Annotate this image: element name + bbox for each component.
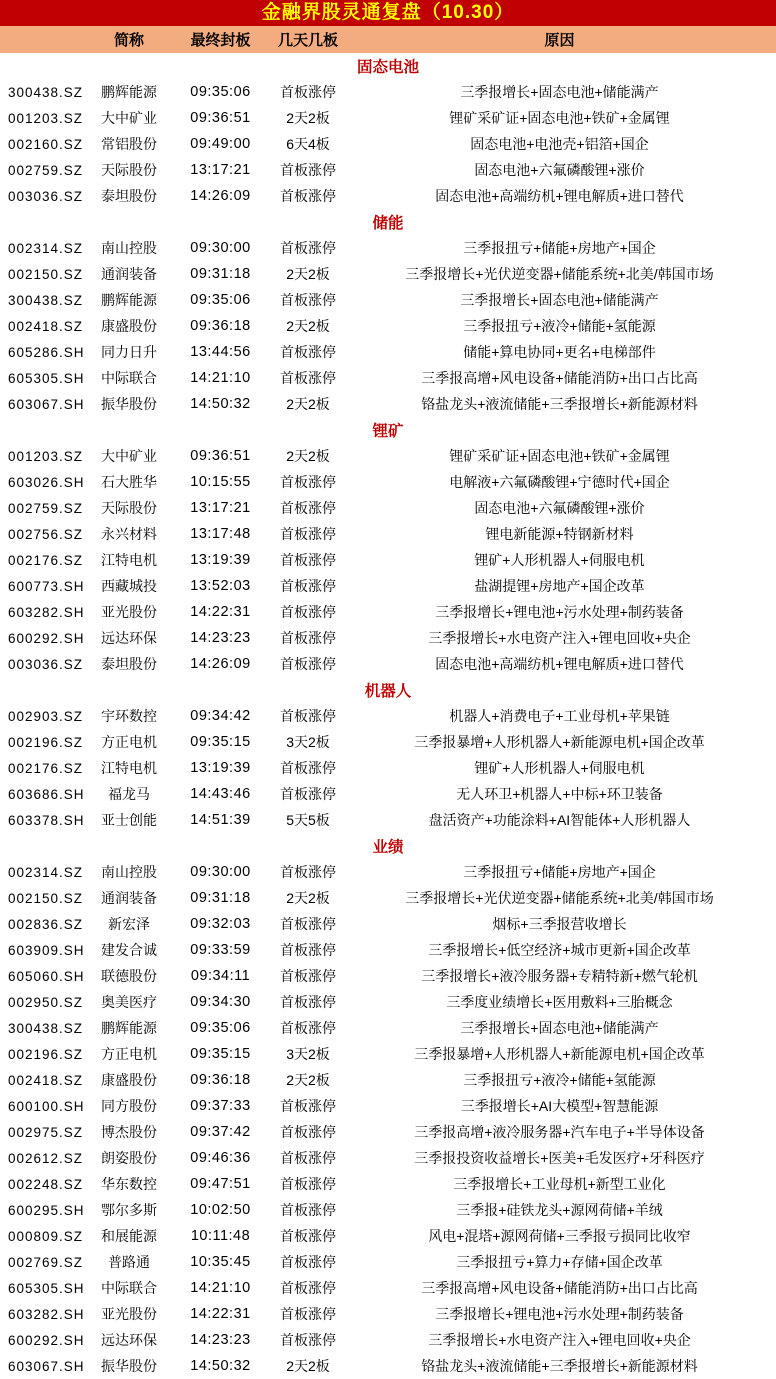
stock-name: 同方股份: [90, 1096, 168, 1116]
stock-name: 振华股份: [90, 1356, 168, 1376]
final-seal-time: 09:31:18: [168, 266, 273, 282]
table-row: 003036.SZ 泰坦股份 14:26:09 首板涨停 固态电池+高端纺机+锂…: [0, 183, 776, 209]
limit-up-reason: 三季报扭亏+储能+房地产+国企: [343, 862, 776, 882]
board-streak: 首板涨停: [273, 1122, 343, 1142]
board-streak: 2天2板: [273, 1356, 343, 1376]
stock-name: 方正电机: [90, 1044, 168, 1064]
stock-code: 002612.SZ: [0, 1151, 90, 1166]
stock-code: 600295.SH: [0, 1203, 90, 1218]
table-row: 002196.SZ 方正电机 09:35:15 3天2板 三季报暴增+人形机器人…: [0, 1041, 776, 1067]
limit-up-reason: 锂矿采矿证+固态电池+铁矿+金属锂: [343, 446, 776, 466]
stock-code: 003036.SZ: [0, 189, 90, 204]
table-row: 600100.SH 同方股份 09:37:33 首板涨停 三季报增长+AI大模型…: [0, 1093, 776, 1119]
final-seal-time: 09:30:00: [168, 240, 273, 256]
stock-name: 鹏辉能源: [90, 1018, 168, 1038]
stock-name: 联德股份: [90, 966, 168, 986]
board-streak: 首板涨停: [273, 1278, 343, 1298]
section-title: 固态电池: [0, 53, 776, 79]
stock-code: 603909.SH: [0, 943, 90, 958]
stock-name: 和展能源: [90, 1226, 168, 1246]
final-seal-time: 13:17:21: [168, 500, 273, 516]
stock-name: 通润装备: [90, 888, 168, 908]
board-streak: 6天4板: [273, 134, 343, 154]
stock-name: 泰坦股份: [90, 186, 168, 206]
stock-code: 002248.SZ: [0, 1177, 90, 1192]
board-streak: 首板涨停: [273, 186, 343, 206]
board-streak: 首板涨停: [273, 1304, 343, 1324]
stock-name: 中际联合: [90, 368, 168, 388]
stock-code: 603282.SH: [0, 605, 90, 620]
limit-up-reason: 固态电池+六氟磷酸锂+涨价: [343, 498, 776, 518]
table-row: 002160.SZ 常铝股份 09:49:00 6天4板 固态电池+电池壳+铝箔…: [0, 131, 776, 157]
table-row: 002950.SZ 奥美医疗 09:34:30 首板涨停 三季度业绩增长+医用敷…: [0, 989, 776, 1015]
stock-code: 603026.SH: [0, 475, 90, 490]
limit-up-reason: 储能+算电协同+更名+电梯部件: [343, 342, 776, 362]
final-seal-time: 09:37:42: [168, 1124, 273, 1140]
stock-name: 远达环保: [90, 628, 168, 648]
stock-name: 振华股份: [90, 394, 168, 414]
limit-up-reason: 三季报暴增+人形机器人+新能源电机+国企改革: [343, 732, 776, 752]
final-seal-time: 14:22:31: [168, 1306, 273, 1322]
board-streak: 首板涨停: [273, 862, 343, 882]
stock-name: 康盛股份: [90, 1070, 168, 1090]
limit-up-reason: 三季报增长+锂电池+污水处理+制药装备: [343, 1304, 776, 1324]
final-seal-time: 14:43:46: [168, 786, 273, 802]
final-seal-time: 14:21:10: [168, 370, 273, 386]
stock-code: 002756.SZ: [0, 527, 90, 542]
table-row: 600292.SH 远达环保 14:23:23 首板涨停 三季报增长+水电资产注…: [0, 625, 776, 651]
stock-code: 002836.SZ: [0, 917, 90, 932]
final-seal-time: 13:19:39: [168, 552, 273, 568]
limit-up-reason: 三季报增长+水电资产注入+锂电回收+央企: [343, 1330, 776, 1350]
stock-code: 000809.SZ: [0, 1229, 90, 1244]
final-seal-time: 09:47:51: [168, 1176, 273, 1192]
table-row: 002150.SZ 通润装备 09:31:18 2天2板 三季报增长+光伏逆变器…: [0, 261, 776, 287]
stock-code: 002196.SZ: [0, 735, 90, 750]
limit-up-reason: 盘活资产+功能涂料+AI智能体+人形机器人: [343, 810, 776, 830]
stock-code: 002176.SZ: [0, 761, 90, 776]
table-row: 002418.SZ 康盛股份 09:36:18 2天2板 三季报扭亏+液冷+储能…: [0, 1067, 776, 1093]
table-row: 002769.SZ 普路通 10:35:45 首板涨停 三季报扭亏+算力+存储+…: [0, 1249, 776, 1275]
board-streak: 首板涨停: [273, 472, 343, 492]
board-streak: 首板涨停: [273, 160, 343, 180]
header-board-streak: 几天几板: [273, 29, 343, 50]
limit-up-reason: 锂矿+人形机器人+伺服电机: [343, 758, 776, 778]
limit-up-reason: 三季报扭亏+算力+存储+国企改革: [343, 1252, 776, 1272]
limit-up-reason: 三季报增长+固态电池+储能满产: [343, 82, 776, 102]
stock-name: 建发合诚: [90, 940, 168, 960]
final-seal-time: 09:34:11: [168, 968, 273, 984]
stock-code: 600100.SH: [0, 1099, 90, 1114]
stock-name: 南山控股: [90, 238, 168, 258]
table-row: 605286.SH 同力日升 13:44:56 首板涨停 储能+算电协同+更名+…: [0, 339, 776, 365]
stock-code: 002314.SZ: [0, 865, 90, 880]
table-row: 001203.SZ 大中矿业 09:36:51 2天2板 锂矿采矿证+固态电池+…: [0, 105, 776, 131]
table-row: 002314.SZ 南山控股 09:30:00 首板涨停 三季报扭亏+储能+房地…: [0, 235, 776, 261]
table-row: 003036.SZ 泰坦股份 14:26:09 首板涨停 固态电池+高端纺机+锂…: [0, 651, 776, 677]
final-seal-time: 14:21:10: [168, 1280, 273, 1296]
stock-replay-report: 金融界股灵通复盘（10.30） 简称 最终封板 几天几板 原因 固态电池 300…: [0, 0, 776, 1379]
limit-up-reason: 锂矿采矿证+固态电池+铁矿+金属锂: [343, 108, 776, 128]
stock-name: 康盛股份: [90, 316, 168, 336]
limit-up-reason: 三季报高增+风电设备+储能消防+出口占比高: [343, 368, 776, 388]
board-streak: 3天2板: [273, 1044, 343, 1064]
page-title: 金融界股灵通复盘（10.30）: [262, 0, 515, 26]
limit-up-reason: 固态电池+六氟磷酸锂+涨价: [343, 160, 776, 180]
stock-code: 605305.SH: [0, 1281, 90, 1296]
final-seal-time: 09:33:59: [168, 942, 273, 958]
stock-code: 001203.SZ: [0, 111, 90, 126]
table-row: 002150.SZ 通润装备 09:31:18 2天2板 三季报增长+光伏逆变器…: [0, 885, 776, 911]
final-seal-time: 09:36:51: [168, 110, 273, 126]
stock-code: 002314.SZ: [0, 241, 90, 256]
table-row: 300438.SZ 鹏辉能源 09:35:06 首板涨停 三季报增长+固态电池+…: [0, 79, 776, 105]
header-reason: 原因: [343, 29, 776, 50]
limit-up-reason: 三季报扭亏+液冷+储能+氢能源: [343, 1070, 776, 1090]
stock-name: 天际股份: [90, 160, 168, 180]
board-streak: 2天2板: [273, 888, 343, 908]
table-row: 002612.SZ 朗姿股份 09:46:36 首板涨停 三季报投资收益增长+医…: [0, 1145, 776, 1171]
table-row: 002836.SZ 新宏泽 09:32:03 首板涨停 烟标+三季报营收增长: [0, 911, 776, 937]
stock-name: 鹏辉能源: [90, 290, 168, 310]
limit-up-reason: 盐湖提锂+房地产+国企改革: [343, 576, 776, 596]
stock-code: 002418.SZ: [0, 1073, 90, 1088]
table-row: 603067.SH 振华股份 14:50:32 2天2板 铬盐龙头+液流储能+三…: [0, 391, 776, 417]
stock-name: 大中矿业: [90, 446, 168, 466]
stock-name: 江特电机: [90, 550, 168, 570]
limit-up-reason: 锂电新能源+特钢新材料: [343, 524, 776, 544]
board-streak: 3天2板: [273, 732, 343, 752]
stock-code: 605060.SH: [0, 969, 90, 984]
board-streak: 2天2板: [273, 394, 343, 414]
limit-up-reason: 三季报增长+固态电池+储能满产: [343, 1018, 776, 1038]
stock-code: 002975.SZ: [0, 1125, 90, 1140]
stock-name: 亚光股份: [90, 602, 168, 622]
final-seal-time: 14:22:31: [168, 604, 273, 620]
board-streak: 首板涨停: [273, 966, 343, 986]
final-seal-time: 14:23:23: [168, 1332, 273, 1348]
board-streak: 首板涨停: [273, 940, 343, 960]
table-row: 603282.SH 亚光股份 14:22:31 首板涨停 三季报增长+锂电池+污…: [0, 1301, 776, 1327]
final-seal-time: 13:44:56: [168, 344, 273, 360]
board-streak: 首板涨停: [273, 914, 343, 934]
table-row: 002903.SZ 宇环数控 09:34:42 首板涨停 机器人+消费电子+工业…: [0, 703, 776, 729]
board-streak: 首板涨停: [273, 628, 343, 648]
section-title: 储能: [0, 209, 776, 235]
final-seal-time: 14:50:32: [168, 396, 273, 412]
section-title: 锂矿: [0, 417, 776, 443]
board-streak: 首板涨停: [273, 342, 343, 362]
final-seal-time: 10:02:50: [168, 1202, 273, 1218]
limit-up-reason: 三季度业绩增长+医用敷料+三胎概念: [343, 992, 776, 1012]
section-title: 机器人: [0, 677, 776, 703]
final-seal-time: 09:31:18: [168, 890, 273, 906]
board-streak: 首板涨停: [273, 706, 343, 726]
board-streak: 首板涨停: [273, 368, 343, 388]
stock-code: 002176.SZ: [0, 553, 90, 568]
final-seal-time: 14:51:39: [168, 812, 273, 828]
stock-name: 亚士创能: [90, 810, 168, 830]
header-final-seal-time: 最终封板: [168, 29, 273, 50]
limit-up-reason: 无人环卫+机器人+中标+环卫装备: [343, 784, 776, 804]
limit-up-reason: 三季报增长+液冷服务器+专精特新+燃气轮机: [343, 966, 776, 986]
limit-up-reason: 三季报增长+固态电池+储能满产: [343, 290, 776, 310]
final-seal-time: 14:50:32: [168, 1358, 273, 1374]
limit-up-reason: 三季报扭亏+储能+房地产+国企: [343, 238, 776, 258]
board-streak: 5天5板: [273, 810, 343, 830]
table-row: 002248.SZ 华东数控 09:47:51 首板涨停 三季报增长+工业母机+…: [0, 1171, 776, 1197]
board-streak: 2天2板: [273, 108, 343, 128]
limit-up-reason: 三季报投资收益增长+医美+毛发医疗+牙科医疗: [343, 1148, 776, 1168]
table-row: 002176.SZ 江特电机 13:19:39 首板涨停 锂矿+人形机器人+伺服…: [0, 755, 776, 781]
limit-up-reason: 电解液+六氟磷酸锂+宁德时代+国企: [343, 472, 776, 492]
stock-code: 001203.SZ: [0, 449, 90, 464]
limit-up-reason: 三季报增长+光伏逆变器+储能系统+北美/韩国市场: [343, 264, 776, 284]
stock-code: 605286.SH: [0, 345, 90, 360]
table-row: 002756.SZ 永兴材料 13:17:48 首板涨停 锂电新能源+特钢新材料: [0, 521, 776, 547]
stock-code: 003036.SZ: [0, 657, 90, 672]
board-streak: 首板涨停: [273, 1018, 343, 1038]
stock-name: 远达环保: [90, 1330, 168, 1350]
stock-name: 朗姿股份: [90, 1148, 168, 1168]
final-seal-time: 09:36:18: [168, 1072, 273, 1088]
board-streak: 首板涨停: [273, 550, 343, 570]
table-row: 603067.SH 振华股份 14:50:32 2天2板 铬盐龙头+液流储能+三…: [0, 1353, 776, 1379]
table-row: 600295.SH 鄂尔多斯 10:02:50 首板涨停 三季报+硅铁龙头+源网…: [0, 1197, 776, 1223]
stock-name: 福龙马: [90, 784, 168, 804]
board-streak: 2天2板: [273, 264, 343, 284]
stock-code: 002418.SZ: [0, 319, 90, 334]
final-seal-time: 13:19:39: [168, 760, 273, 776]
stock-code: 600292.SH: [0, 1333, 90, 1348]
table-row: 000809.SZ 和展能源 10:11:48 首板涨停 风电+混塔+源网荷储+…: [0, 1223, 776, 1249]
table-row: 001203.SZ 大中矿业 09:36:51 2天2板 锂矿采矿证+固态电池+…: [0, 443, 776, 469]
limit-up-reason: 锂矿+人形机器人+伺服电机: [343, 550, 776, 570]
stock-code: 002759.SZ: [0, 501, 90, 516]
stock-name: 华东数控: [90, 1174, 168, 1194]
stock-name: 普路通: [90, 1252, 168, 1272]
table-row: 600773.SH 西藏城投 13:52:03 首板涨停 盐湖提锂+房地产+国企…: [0, 573, 776, 599]
stock-code: 002150.SZ: [0, 891, 90, 906]
stock-code: 300438.SZ: [0, 1021, 90, 1036]
limit-up-reason: 烟标+三季报营收增长: [343, 914, 776, 934]
stock-name: 鹏辉能源: [90, 82, 168, 102]
final-seal-time: 09:35:06: [168, 1020, 273, 1036]
stock-name: 石大胜华: [90, 472, 168, 492]
final-seal-time: 09:37:33: [168, 1098, 273, 1114]
final-seal-time: 14:23:23: [168, 630, 273, 646]
stock-code: 002759.SZ: [0, 163, 90, 178]
board-streak: 首板涨停: [273, 524, 343, 544]
stock-name: 新宏泽: [90, 914, 168, 934]
stock-name: 常铝股份: [90, 134, 168, 154]
final-seal-time: 14:26:09: [168, 656, 273, 672]
table-row: 002975.SZ 博杰股份 09:37:42 首板涨停 三季报高增+液冷服务器…: [0, 1119, 776, 1145]
header-short-name: 简称: [90, 29, 168, 50]
board-streak: 首板涨停: [273, 498, 343, 518]
table-row: 603282.SH 亚光股份 14:22:31 首板涨停 三季报增长+锂电池+污…: [0, 599, 776, 625]
stock-name: 奥美医疗: [90, 992, 168, 1012]
table-row: 300438.SZ 鹏辉能源 09:35:06 首板涨停 三季报增长+固态电池+…: [0, 1015, 776, 1041]
table-row: 002418.SZ 康盛股份 09:36:18 2天2板 三季报扭亏+液冷+储能…: [0, 313, 776, 339]
limit-up-reason: 固态电池+电池壳+铝箔+国企: [343, 134, 776, 154]
table-row: 605060.SH 联德股份 09:34:11 首板涨停 三季报增长+液冷服务器…: [0, 963, 776, 989]
limit-up-reason: 三季报增长+AI大模型+智慧能源: [343, 1096, 776, 1116]
table-row: 605305.SH 中际联合 14:21:10 首板涨停 三季报高增+风电设备+…: [0, 1275, 776, 1301]
stock-code: 002160.SZ: [0, 137, 90, 152]
stock-code: 300438.SZ: [0, 293, 90, 308]
board-streak: 首板涨停: [273, 1174, 343, 1194]
board-streak: 首板涨停: [273, 1226, 343, 1246]
limit-up-reason: 固态电池+高端纺机+锂电解质+进口替代: [343, 186, 776, 206]
limit-up-reason: 风电+混塔+源网荷储+三季报亏损同比收窄: [343, 1226, 776, 1246]
final-seal-time: 13:17:21: [168, 162, 273, 178]
board-streak: 首板涨停: [273, 1252, 343, 1272]
final-seal-time: 09:34:30: [168, 994, 273, 1010]
final-seal-time: 09:32:03: [168, 916, 273, 932]
board-streak: 首板涨停: [273, 654, 343, 674]
board-streak: 2天2板: [273, 1070, 343, 1090]
stock-name: 同力日升: [90, 342, 168, 362]
final-seal-time: 09:49:00: [168, 136, 273, 152]
limit-up-reason: 三季报暴增+人形机器人+新能源电机+国企改革: [343, 1044, 776, 1064]
final-seal-time: 09:35:15: [168, 1046, 273, 1062]
limit-up-reason: 三季报高增+风电设备+储能消防+出口占比高: [343, 1278, 776, 1298]
limit-up-reason: 三季报高增+液冷服务器+汽车电子+半导体设备: [343, 1122, 776, 1142]
board-streak: 2天2板: [273, 316, 343, 336]
final-seal-time: 09:35:15: [168, 734, 273, 750]
stock-name: 天际股份: [90, 498, 168, 518]
stock-name: 方正电机: [90, 732, 168, 752]
limit-up-reason: 三季报扭亏+液冷+储能+氢能源: [343, 316, 776, 336]
table-row: 605305.SH 中际联合 14:21:10 首板涨停 三季报高增+风电设备+…: [0, 365, 776, 391]
final-seal-time: 10:35:45: [168, 1254, 273, 1270]
board-streak: 2天2板: [273, 446, 343, 466]
stock-name: 泰坦股份: [90, 654, 168, 674]
stock-code: 603686.SH: [0, 787, 90, 802]
stock-code: 600292.SH: [0, 631, 90, 646]
board-streak: 首板涨停: [273, 1330, 343, 1350]
stock-code: 600773.SH: [0, 579, 90, 594]
final-seal-time: 09:35:06: [168, 84, 273, 100]
limit-up-reason: 三季报增长+水电资产注入+锂电回收+央企: [343, 628, 776, 648]
title-bar: 金融界股灵通复盘（10.30）: [0, 0, 776, 26]
final-seal-time: 10:11:48: [168, 1228, 273, 1244]
stock-name: 南山控股: [90, 862, 168, 882]
board-streak: 首板涨停: [273, 1200, 343, 1220]
stock-name: 宇环数控: [90, 706, 168, 726]
stock-name: 大中矿业: [90, 108, 168, 128]
stock-code: 002903.SZ: [0, 709, 90, 724]
stock-name: 西藏城投: [90, 576, 168, 596]
stock-code: 605305.SH: [0, 371, 90, 386]
stock-code: 603067.SH: [0, 397, 90, 412]
table-row: 002314.SZ 南山控股 09:30:00 首板涨停 三季报扭亏+储能+房地…: [0, 859, 776, 885]
stock-code: 603378.SH: [0, 813, 90, 828]
stock-code: 002150.SZ: [0, 267, 90, 282]
board-streak: 首板涨停: [273, 992, 343, 1012]
stock-name: 通润装备: [90, 264, 168, 284]
limit-up-reason: 铬盐龙头+液流储能+三季报增长+新能源材料: [343, 394, 776, 414]
limit-up-reason: 铬盐龙头+液流储能+三季报增长+新能源材料: [343, 1356, 776, 1376]
board-streak: 首板涨停: [273, 290, 343, 310]
table-row: 002759.SZ 天际股份 13:17:21 首板涨停 固态电池+六氟磷酸锂+…: [0, 157, 776, 183]
stock-name: 鄂尔多斯: [90, 1200, 168, 1220]
board-streak: 首板涨停: [273, 758, 343, 778]
board-streak: 首板涨停: [273, 1148, 343, 1168]
board-streak: 首板涨停: [273, 602, 343, 622]
board-streak: 首板涨停: [273, 1096, 343, 1116]
final-seal-time: 13:52:03: [168, 578, 273, 594]
final-seal-time: 14:26:09: [168, 188, 273, 204]
final-seal-time: 09:30:00: [168, 864, 273, 880]
stock-name: 博杰股份: [90, 1122, 168, 1142]
table-row: 002759.SZ 天际股份 13:17:21 首板涨停 固态电池+六氟磷酸锂+…: [0, 495, 776, 521]
table-row: 600292.SH 远达环保 14:23:23 首板涨停 三季报增长+水电资产注…: [0, 1327, 776, 1353]
table-row: 603026.SH 石大胜华 10:15:55 首板涨停 电解液+六氟磷酸锂+宁…: [0, 469, 776, 495]
table-row: 002196.SZ 方正电机 09:35:15 3天2板 三季报暴增+人形机器人…: [0, 729, 776, 755]
board-streak: 首板涨停: [273, 784, 343, 804]
stock-name: 中际联合: [90, 1278, 168, 1298]
stock-name: 亚光股份: [90, 1304, 168, 1324]
limit-up-reason: 固态电池+高端纺机+锂电解质+进口替代: [343, 654, 776, 674]
stock-code: 002769.SZ: [0, 1255, 90, 1270]
limit-up-reason: 机器人+消费电子+工业母机+苹果链: [343, 706, 776, 726]
limit-up-reason: 三季报+硅铁龙头+源网荷储+羊绒: [343, 1200, 776, 1220]
table-row: 603378.SH 亚士创能 14:51:39 5天5板 盘活资产+功能涂料+A…: [0, 807, 776, 833]
board-streak: 首板涨停: [273, 238, 343, 258]
table-row: 300438.SZ 鹏辉能源 09:35:06 首板涨停 三季报增长+固态电池+…: [0, 287, 776, 313]
section-title: 业绩: [0, 833, 776, 859]
stock-code: 002196.SZ: [0, 1047, 90, 1062]
board-streak: 首板涨停: [273, 82, 343, 102]
limit-up-reason: 三季报增长+低空经济+城市更新+国企改革: [343, 940, 776, 960]
final-seal-time: 09:36:18: [168, 318, 273, 334]
table-row: 603909.SH 建发合诚 09:33:59 首板涨停 三季报增长+低空经济+…: [0, 937, 776, 963]
table-body: 固态电池 300438.SZ 鹏辉能源 09:35:06 首板涨停 三季报增长+…: [0, 53, 776, 1379]
stock-code: 603282.SH: [0, 1307, 90, 1322]
stock-code: 300438.SZ: [0, 85, 90, 100]
table-header-row: 简称 最终封板 几天几板 原因: [0, 26, 776, 53]
stock-code: 603067.SH: [0, 1359, 90, 1374]
stock-code: 002950.SZ: [0, 995, 90, 1010]
stock-name: 永兴材料: [90, 524, 168, 544]
table-row: 603686.SH 福龙马 14:43:46 首板涨停 无人环卫+机器人+中标+…: [0, 781, 776, 807]
board-streak: 首板涨停: [273, 576, 343, 596]
limit-up-reason: 三季报增长+光伏逆变器+储能系统+北美/韩国市场: [343, 888, 776, 908]
final-seal-time: 09:34:42: [168, 708, 273, 724]
final-seal-time: 09:35:06: [168, 292, 273, 308]
final-seal-time: 09:46:36: [168, 1150, 273, 1166]
final-seal-time: 10:15:55: [168, 474, 273, 490]
limit-up-reason: 三季报增长+锂电池+污水处理+制药装备: [343, 602, 776, 622]
final-seal-time: 13:17:48: [168, 526, 273, 542]
stock-name: 江特电机: [90, 758, 168, 778]
final-seal-time: 09:36:51: [168, 448, 273, 464]
limit-up-reason: 三季报增长+工业母机+新型工业化: [343, 1174, 776, 1194]
table-row: 002176.SZ 江特电机 13:19:39 首板涨停 锂矿+人形机器人+伺服…: [0, 547, 776, 573]
